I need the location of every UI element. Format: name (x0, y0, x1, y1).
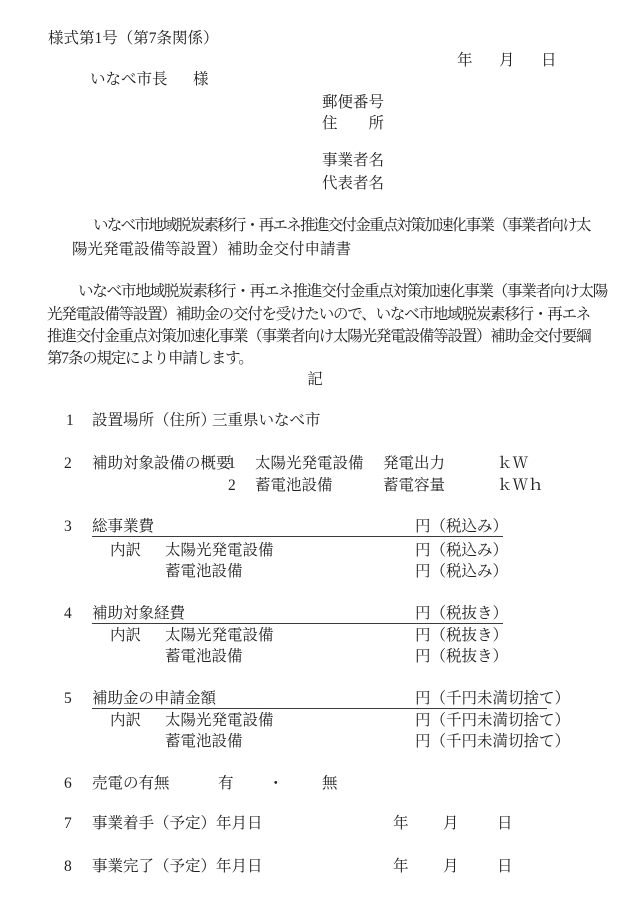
item-7-month-label: 月 (443, 815, 459, 832)
item-5-row1-unit-label: 円（千円未満切捨て） (415, 712, 570, 729)
recipient-name: いなべ市長 (90, 71, 168, 88)
item-2-row2-measure-label: 蓄電容量 (383, 477, 445, 494)
issue-date-year-label: 年 (457, 52, 473, 69)
item-6-label: 売電の有無 (92, 775, 170, 792)
item-3-row1-label: 太陽光発電設備 (165, 542, 274, 559)
item-2-row2-equipment-label: 蓄電池設備 (255, 477, 333, 494)
item-1-value: 三重県いなべ市 (212, 412, 321, 429)
item-5-row2-unit-label: 円（千円未満切捨て） (415, 733, 570, 750)
document-title-line-2: 陽光発電設備等設置）補助金交付申請書 (72, 241, 351, 258)
item-8-year-label: 年 (393, 858, 409, 875)
item-2-row1-number: 1 (228, 455, 236, 472)
document-title-line-1: いなべ市地域脱炭素移行・再エネ推進交付金重点対策加速化事業（事業者向け太 (93, 217, 590, 234)
body-paragraph-line-2: 光発電設備等設置）補助金の交付を受けたいので、いなべ市地域脱炭素移行・再エネ (47, 306, 590, 323)
item-8-label: 事業完了（予定）年月日 (92, 858, 263, 875)
item-6-option-no: 無 (322, 775, 338, 792)
address-label: 住 所 (322, 115, 384, 132)
item-8-month-label: 月 (443, 858, 459, 875)
business-name-label: 事業者名 (322, 152, 384, 169)
item-6-option-separator: ・ (268, 775, 284, 792)
item-7-day-label: 日 (497, 815, 513, 832)
item-2-row2-unit-label: ｋＷｈ (497, 477, 544, 494)
item-2-label: 補助対象設備の概要 (92, 455, 232, 472)
item-5-row2-label: 蓄電池設備 (165, 733, 243, 750)
item-6-option-yes: 有 (218, 775, 234, 792)
item-4-label: 補助対象経費 (92, 605, 185, 622)
issue-date-month-label: 月 (499, 52, 515, 69)
item-5-unit-label: 円（千円未満切捨て） (415, 690, 570, 707)
item-7-number: 7 (64, 815, 72, 832)
item-4-breakdown-label: 内訳 (110, 627, 141, 644)
item-2-row1-measure-label: 発電出力 (383, 455, 445, 472)
item-6-number: 6 (64, 775, 72, 792)
item-2-row1-equipment-label: 太陽光発電設備 (255, 455, 364, 472)
item-2-row2-number: 2 (228, 477, 236, 494)
representative-name-label: 代表者名 (322, 175, 384, 192)
item-3-label: 総事業費 (92, 518, 154, 535)
item-3-unit-label: 円（税込み） (415, 518, 508, 535)
item-8-number: 8 (64, 858, 72, 875)
item-1-label: 設置場所（住所） (92, 412, 216, 429)
item-3-number: 3 (64, 518, 72, 535)
issue-date-day-label: 日 (541, 52, 557, 69)
recipient-honorific: 様 (193, 71, 209, 88)
item-5-row1-label: 太陽光発電設備 (165, 712, 274, 729)
item-3-fill-line: 総事業費 円（税込み） (92, 518, 503, 537)
item-3-breakdown-label: 内訳 (110, 542, 141, 559)
item-4-row1-label: 太陽光発電設備 (165, 627, 274, 644)
body-paragraph-line-1: いなべ市地域脱炭素移行・再エネ推進交付金重点対策加速化事業（事業者向け太陽 (78, 283, 607, 300)
item-3-row2-label: 蓄電池設備 (165, 563, 243, 580)
form-number: 様式第1号（第7条関係） (48, 30, 219, 47)
item-4-row1-unit-label: 円（税抜き） (415, 627, 508, 644)
postal-code-label: 郵便番号 (322, 94, 384, 111)
item-8-day-label: 日 (497, 858, 513, 875)
item-4-unit-label: 円（税抜き） (415, 605, 508, 622)
item-4-fill-line: 補助対象経費 円（税抜き） (92, 605, 503, 624)
body-paragraph-line-4: 第7条の規定により申請します。 (47, 350, 253, 367)
item-7-year-label: 年 (393, 815, 409, 832)
application-form-page: 様式第1号（第7条関係） 年 月 日 いなべ市長 様 郵便番号 住 所 事業者名… (0, 0, 630, 903)
item-5-number: 5 (64, 690, 72, 707)
item-5-breakdown-label: 内訳 (110, 712, 141, 729)
item-3-row2-unit-label: 円（税込み） (415, 563, 508, 580)
item-1-number: 1 (66, 412, 74, 429)
item-5-label: 補助金の申請金額 (92, 690, 216, 707)
item-4-row2-unit-label: 円（税抜き） (415, 648, 508, 665)
item-2-row1-unit-label: ｋＷ (497, 455, 528, 472)
notation-ki: 記 (0, 371, 630, 388)
item-4-number: 4 (64, 605, 72, 622)
item-2-number: 2 (64, 455, 72, 472)
item-5-fill-line: 補助金の申請金額 円（千円未満切捨て） (92, 690, 547, 709)
item-7-label: 事業着手（予定）年月日 (92, 815, 263, 832)
item-4-row2-label: 蓄電池設備 (165, 648, 243, 665)
body-paragraph-line-3: 推進交付金重点対策加速化事業（事業者向け太陽光発電設備等設置）補助金交付要綱 (47, 328, 590, 345)
item-3-row1-unit-label: 円（税込み） (415, 542, 508, 559)
